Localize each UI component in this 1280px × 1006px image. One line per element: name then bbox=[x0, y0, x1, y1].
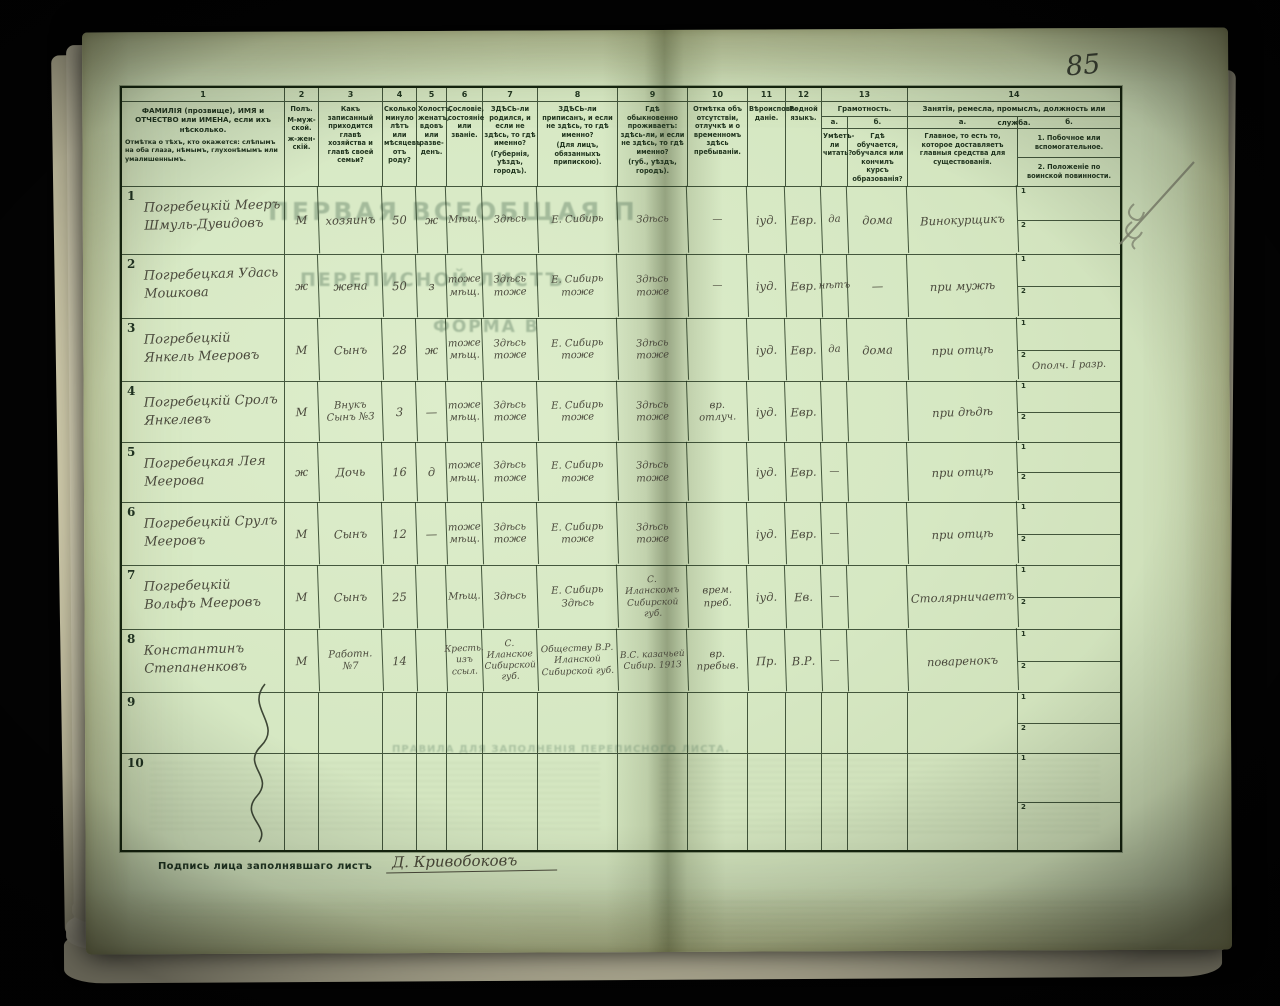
cell-estate: тоже мѣщ. bbox=[446, 502, 484, 565]
col-number: 12 bbox=[786, 88, 822, 101]
printed-subnumber: 1 bbox=[1021, 443, 1026, 451]
cell-name: 5Погребецкая Лея Меерова bbox=[122, 443, 285, 502]
photo-of-census-book: ПЕРВАЯ ВСЕОБЩАЯ П ПЕРЕПИСНОЙ ЛИСТЪ ФОРМА… bbox=[0, 0, 1280, 1006]
cell-estate bbox=[447, 693, 483, 753]
header-age-column: Сколько минуло лѣтъ или мѣсяцевъ отъ род… bbox=[383, 102, 417, 186]
printed-subnumber: 2 bbox=[1021, 221, 1026, 229]
cell-age: 16 bbox=[382, 442, 418, 502]
sub-cell-side: 1 bbox=[1018, 319, 1120, 350]
header-literacy-group: Грамотность. а. б. Умѣетъ-ли читать? Гдѣ… bbox=[822, 102, 908, 186]
row-number: 7 bbox=[127, 568, 135, 582]
cell-literacy-read: — bbox=[821, 630, 849, 693]
cell-relation: Внукъ Сынъ №3 bbox=[318, 381, 384, 443]
printed-subnumber: 1 bbox=[1021, 693, 1026, 701]
cell-absence bbox=[688, 754, 748, 850]
handwritten-military: Ополч. I разр. bbox=[1032, 359, 1106, 373]
cell-sex: ж bbox=[284, 254, 320, 318]
cell-registration: Е. Сибирь Здѣсь bbox=[537, 565, 619, 631]
sub-cell-military: 2 bbox=[1018, 220, 1120, 254]
cell-marital: — bbox=[416, 502, 448, 565]
cell-estate: Мѣщ. bbox=[446, 565, 484, 629]
printed-subnumber: 1 bbox=[1021, 566, 1026, 574]
cancellation-squiggle bbox=[205, 680, 335, 845]
cell-residence: Здѣсь тоже bbox=[617, 381, 689, 443]
cell-registration: Обществу В.Р. Иланской Сибирской губ. bbox=[537, 629, 619, 694]
row-number: 8 bbox=[127, 632, 135, 646]
cell-literacy-read: — bbox=[821, 566, 849, 630]
sub-cell-side: 1 bbox=[1018, 443, 1120, 472]
cell-language: Ев. bbox=[785, 565, 823, 629]
cell-literacy-read: — bbox=[821, 503, 849, 566]
header-military-status: 2. Положеніе по воинской повинности. bbox=[1018, 158, 1120, 186]
handwritten-name: Погребецкій Мееръ Шмуль-Дувидовъ bbox=[144, 196, 282, 235]
col-number: 3 bbox=[319, 88, 383, 101]
cell-marital bbox=[417, 754, 447, 850]
header-sex-female: ж-жен-скій. bbox=[286, 135, 317, 152]
table-row: 3Погребецкій Янкель Мееровъ М Сынъ 28 ж … bbox=[122, 318, 1120, 381]
cell-literacy-where bbox=[847, 565, 909, 630]
cell-language: Евр. bbox=[785, 442, 823, 502]
cell-side-occupation-group: 1 2 bbox=[1018, 566, 1120, 629]
cell-language: Евр. bbox=[785, 186, 823, 254]
cell-birthplace: С. Иланское Сибирской губ. bbox=[482, 629, 539, 693]
printed-subnumber: 2 bbox=[1021, 351, 1026, 359]
row-number: 1 bbox=[127, 189, 135, 203]
cell-literacy-where bbox=[848, 693, 908, 753]
cell-residence: Здѣсь тоже bbox=[617, 442, 689, 503]
cell-side-occupation-group: 1 2 bbox=[1018, 503, 1120, 565]
header-language-column: Родной языкъ. bbox=[786, 102, 822, 186]
col-number: 5 bbox=[417, 88, 447, 101]
cell-marital: з bbox=[416, 254, 448, 318]
cell-religion bbox=[748, 754, 786, 850]
cell-language: В.Р. bbox=[785, 629, 823, 692]
sub-cell-side: 1 bbox=[1018, 503, 1120, 534]
header-absence-column: Отмѣтка объ отсутствіи, отлучкѣ и о врем… bbox=[688, 102, 748, 186]
header-birthplace-column: ЗДѢСЬ-ли родился, и если не здѣсь, то гд… bbox=[483, 102, 538, 186]
sub-cell-side: 1 bbox=[1018, 382, 1120, 412]
cell-birthplace: Здѣсь тоже bbox=[482, 442, 539, 503]
cell-religion: іуд. bbox=[747, 318, 787, 381]
col-number: 7 bbox=[483, 88, 538, 101]
cell-registration bbox=[538, 754, 618, 850]
cell-literacy-read bbox=[822, 693, 848, 753]
col-number: 13 bbox=[822, 88, 908, 101]
cell-relation: жена bbox=[318, 254, 384, 319]
sub-cell-side: 1 bbox=[1018, 693, 1120, 723]
cell-language bbox=[786, 693, 822, 753]
sub-cell-side: 1 bbox=[1018, 255, 1120, 286]
enumerator-signature: Д. Кривобоковъ bbox=[386, 851, 558, 874]
header-occupation-side-group: 1. Побочное или вспомогательное. 2. Поло… bbox=[1018, 129, 1120, 186]
printed-subnumber: 2 bbox=[1021, 473, 1026, 481]
header-occupation-title: Занятія, ремесла, промыслъ, должность ил… bbox=[908, 102, 1120, 117]
sub-cell-military: 2 bbox=[1018, 597, 1120, 629]
cell-estate: тоже мѣщ. bbox=[446, 254, 484, 318]
handwritten-name: Погребецкій Сролъ Янкелевъ bbox=[144, 391, 282, 430]
cell-literacy-where: дома bbox=[847, 186, 909, 255]
cell-residence bbox=[618, 754, 688, 850]
column-number-row: 1 2 3 4 5 6 7 8 9 10 11 12 13 14 bbox=[122, 88, 1120, 101]
sub-cell-military: 2 bbox=[1018, 286, 1120, 318]
page-number: 85 bbox=[1065, 49, 1102, 83]
table-row: 4Погребецкій Сролъ Янкелевъ М Внукъ Сынъ… bbox=[122, 381, 1120, 442]
cell-language: Евр. bbox=[785, 502, 823, 565]
col-number: 8 bbox=[538, 88, 618, 101]
cell-literacy-where bbox=[847, 502, 909, 566]
bleedthrough-text-block bbox=[150, 900, 580, 918]
header-name-line2: Отмѣтка о тѣхъ, кто окажется: слѣпымъ на… bbox=[125, 138, 281, 163]
cell-absence: — bbox=[687, 254, 749, 319]
cell-religion bbox=[748, 693, 786, 753]
cell-literacy-where: — bbox=[847, 254, 909, 319]
cell-name: 7Погребецкій Вольфъ Мееровъ bbox=[122, 566, 285, 629]
printed-subnumber: 2 bbox=[1021, 803, 1026, 811]
cell-age: 50 bbox=[382, 254, 418, 318]
header-residence-note: (губ., уѣздъ, городъ). bbox=[619, 158, 686, 175]
header-occupation-side: 1. Побочное или вспомогательное. bbox=[1018, 129, 1120, 158]
header-occupation-main: Главное, то есть то, которое доставляетъ… bbox=[908, 129, 1018, 186]
cell-marital: ж bbox=[416, 186, 448, 254]
table-row: 7Погребецкій Вольфъ Мееровъ М Сынъ 25 Мѣ… bbox=[122, 565, 1120, 629]
cell-sex: М bbox=[284, 565, 320, 629]
cell-language bbox=[786, 754, 822, 850]
cell-side-occupation-group: 1 2 bbox=[1018, 630, 1120, 692]
sub-cell-military: 2 bbox=[1018, 472, 1120, 502]
cell-side-occupation-group: 1 2 bbox=[1018, 255, 1120, 318]
cell-birthplace bbox=[483, 693, 538, 753]
signature-block: Подпись лица заполнявшаго листъ Д. Криво… bbox=[158, 852, 557, 872]
cell-language: Евр. bbox=[785, 254, 823, 318]
cell-name: 2Погребецкая Удась Мошкова bbox=[122, 255, 285, 318]
handwritten-name: Погребецкій Вольфъ Мееровъ bbox=[144, 575, 282, 614]
cell-absence: — bbox=[687, 186, 749, 255]
cell-registration: Е. Сибирь тоже bbox=[537, 318, 619, 383]
cell-marital bbox=[416, 629, 448, 692]
sub-cell-side: 1 bbox=[1018, 566, 1120, 597]
cell-birthplace: Здѣсь тоже bbox=[482, 381, 539, 443]
table-header-row: ФАМИЛІЯ (прозвище), ИМЯ и ОТЧЕСТВО или И… bbox=[122, 101, 1120, 186]
header-occupation-group: Занятія, ремесла, промыслъ, должность ил… bbox=[908, 102, 1120, 186]
printed-subnumber: 1 bbox=[1021, 382, 1026, 390]
cell-side-occupation-group: 1 2 bbox=[1018, 754, 1120, 850]
cell-absence bbox=[687, 442, 749, 503]
sub-cell-military: 2 bbox=[1018, 723, 1120, 754]
handwritten-name: Константинъ Степаненковъ bbox=[144, 639, 282, 678]
bleedthrough-text-block bbox=[660, 900, 1140, 945]
header-literacy-title: Грамотность. bbox=[822, 102, 907, 117]
col-number: 1 bbox=[122, 88, 285, 101]
cell-registration: Е. Сибирь тоже bbox=[537, 254, 619, 320]
cell-sex: М bbox=[284, 318, 320, 381]
cell-birthplace: Здѣсь тоже bbox=[482, 318, 539, 382]
cell-occupation bbox=[908, 754, 1018, 850]
handwritten-name: Погребецкая Удась Мошкова bbox=[144, 264, 282, 303]
cell-side-occupation-group: 1 2 bbox=[1018, 187, 1120, 254]
cell-literacy-read: да bbox=[821, 187, 849, 255]
cell-literacy-read bbox=[822, 754, 848, 850]
cell-estate: Мѣщ. bbox=[446, 186, 484, 254]
sub-cell-military: 2 bbox=[1018, 534, 1120, 566]
printed-subnumber: 1 bbox=[1021, 630, 1026, 638]
cell-age: 25 bbox=[382, 565, 418, 629]
sub-cell-military: 2 bbox=[1018, 661, 1120, 693]
cell-occupation: при отцѣ bbox=[907, 501, 1019, 567]
table-row: 2Погребецкая Удась Мошкова ж жена 50 з т… bbox=[122, 254, 1120, 318]
header-registration-note: (Для лицъ, обязанныхъ припискою). bbox=[539, 141, 616, 167]
cell-residence bbox=[618, 693, 688, 753]
cell-marital bbox=[417, 693, 447, 753]
sub-cell-side: 1 bbox=[1018, 754, 1120, 802]
header-sublabel-a: а. bbox=[908, 117, 1018, 128]
header-literacy-sublabels: а. б. bbox=[822, 117, 907, 129]
header-sex-title: Полъ. bbox=[290, 105, 312, 113]
header-sex-male: М-муж-ской. bbox=[286, 116, 317, 133]
cell-religion: іуд. bbox=[747, 254, 787, 318]
col-number: 14 bbox=[908, 88, 1120, 101]
table-row: 5Погребецкая Лея Меерова ж Дочь 16 д тож… bbox=[122, 442, 1120, 502]
cell-religion: іуд. bbox=[747, 502, 787, 565]
cell-literacy-where: дома bbox=[847, 318, 909, 382]
signature-label: Подпись лица заполнявшаго листъ bbox=[158, 861, 372, 872]
header-residence-title: Гдѣ обыкновенно проживаетъ: здѣсь-ли, и … bbox=[621, 105, 685, 156]
header-name-column: ФАМИЛІЯ (прозвище), ИМЯ и ОТЧЕСТВО или И… bbox=[122, 102, 285, 186]
header-sublabel-b: б. bbox=[848, 117, 907, 128]
cell-side-occupation-group: 1 2Ополч. I разр. bbox=[1018, 319, 1120, 381]
cell-literacy-read bbox=[821, 382, 849, 443]
sub-cell-side: 1 bbox=[1018, 630, 1120, 661]
cell-estate: тоже мѣщ. bbox=[446, 442, 484, 502]
cell-registration: Е. Сибирь тоже bbox=[537, 381, 619, 444]
cell-name: 4Погребецкій Сролъ Янкелевъ bbox=[122, 382, 285, 442]
cell-absence: вр. пребыв. bbox=[687, 629, 749, 693]
cell-residence: С. Иланскомъ Сибирской губ. bbox=[617, 565, 689, 630]
header-registration-column: ЗДѢСЬ-ли приписанъ, и если не здѣсь, то … bbox=[538, 102, 618, 186]
cell-religion: іуд. bbox=[747, 381, 787, 442]
cell-absence bbox=[687, 502, 749, 566]
col-number: 2 bbox=[285, 88, 319, 101]
row-number: 5 bbox=[127, 445, 135, 459]
cell-side-occupation-group: 1 2 bbox=[1018, 382, 1120, 442]
cell-occupation: Столярничаетъ bbox=[907, 564, 1019, 631]
sub-cell-military: 2 bbox=[1018, 802, 1120, 851]
cell-name: 3Погребецкій Янкель Мееровъ bbox=[122, 319, 285, 381]
cell-religion: іуд. bbox=[747, 186, 787, 254]
cell-absence: вр. отлуч. bbox=[687, 381, 749, 443]
cell-literacy-read: нѣтъ bbox=[821, 255, 849, 319]
cell-marital: д bbox=[416, 442, 448, 502]
cell-occupation bbox=[908, 693, 1018, 753]
cell-registration: Е. Сибирь тоже bbox=[537, 442, 619, 504]
header-registration-title: ЗДѢСЬ-ли приписанъ, и если не здѣсь, то … bbox=[542, 105, 613, 139]
printed-subnumber: 1 bbox=[1021, 255, 1026, 263]
cell-relation: Сынъ bbox=[318, 502, 384, 566]
header-marital-column: Холостъ, женатъ, вдовъ или разве-денъ. bbox=[417, 102, 447, 186]
printed-subnumber: 1 bbox=[1021, 319, 1026, 327]
cell-estate: Кресть. изъ ссыл. bbox=[446, 629, 484, 692]
cell-occupation: Винокурщикъ bbox=[907, 185, 1019, 256]
cell-marital bbox=[416, 565, 448, 629]
cell-residence: Здѣсь bbox=[617, 186, 689, 255]
row-number: 6 bbox=[127, 505, 135, 519]
row-number: 10 bbox=[127, 756, 144, 770]
cell-registration: Е. Сибирь bbox=[537, 186, 619, 256]
sub-cell-military: 2Ополч. I разр. bbox=[1018, 350, 1120, 382]
cell-estate: тоже мѣщ. bbox=[446, 381, 484, 442]
sub-cell-side: 1 bbox=[1018, 187, 1120, 220]
handwritten-name: Погребецкій Янкель Мееровъ bbox=[144, 328, 282, 367]
header-residence-column: Гдѣ обыкновенно проживаетъ: здѣсь-ли, и … bbox=[618, 102, 688, 186]
printed-subnumber: 2 bbox=[1021, 535, 1026, 543]
cell-estate bbox=[447, 754, 483, 850]
cell-age: 50 bbox=[382, 186, 418, 254]
header-sublabel-b: б. bbox=[1018, 117, 1120, 128]
header-occupation-sublabels: а. б. bbox=[908, 117, 1120, 129]
cell-age: 28 bbox=[382, 318, 418, 381]
cell-literacy-where bbox=[847, 442, 909, 503]
cell-literacy-read: — bbox=[821, 443, 849, 503]
cell-age bbox=[383, 693, 417, 753]
cell-literacy-where bbox=[847, 629, 909, 693]
cell-relation: Сынъ bbox=[318, 565, 384, 630]
pencil-check-mark bbox=[1112, 148, 1207, 253]
cell-absence: врем. преб. bbox=[687, 565, 749, 630]
cell-occupation: при отцѣ bbox=[907, 441, 1019, 504]
printed-subnumber: 2 bbox=[1021, 598, 1026, 606]
cell-language: Евр. bbox=[785, 318, 823, 381]
table-row: 6Погребецкій Срулъ Мееровъ М Сынъ 12 — т… bbox=[122, 502, 1120, 565]
printed-subnumber: 1 bbox=[1021, 503, 1026, 511]
cell-residence: Здѣсь тоже bbox=[617, 502, 689, 566]
cell-relation: хозяинъ bbox=[318, 186, 384, 255]
printed-subnumber: 2 bbox=[1021, 287, 1026, 295]
cell-birthplace: Здѣсь bbox=[482, 186, 539, 255]
row-number: 9 bbox=[127, 695, 135, 709]
header-literacy-where: Гдѣ обучается, обучался или кончилъ курс… bbox=[848, 129, 907, 186]
header-sublabel-a: а. bbox=[822, 117, 848, 128]
cell-name: 1Погребецкій Мееръ Шмуль-Дувидовъ bbox=[122, 187, 285, 254]
cell-birthplace bbox=[483, 754, 538, 850]
cell-religion: Пр. bbox=[747, 629, 787, 692]
header-relation-column: Какъ записанный приходится главѣ хозяйст… bbox=[319, 102, 383, 186]
col-number: 10 bbox=[688, 88, 748, 101]
cell-religion: іуд. bbox=[747, 565, 787, 629]
handwritten-name: Погребецкій Срулъ Мееровъ bbox=[144, 512, 282, 551]
cell-marital: — bbox=[416, 381, 448, 442]
col-number: 9 bbox=[618, 88, 688, 101]
cell-occupation: при дѣдѣ bbox=[907, 380, 1019, 444]
cell-literacy-where bbox=[848, 754, 908, 850]
col-number: 4 bbox=[383, 88, 417, 101]
printed-subnumber: 2 bbox=[1021, 662, 1026, 670]
cell-absence bbox=[687, 318, 749, 382]
cell-side-occupation-group: 1 2 bbox=[1018, 693, 1120, 753]
cell-residence: Здѣсь тоже bbox=[617, 318, 689, 382]
cell-birthplace: Здѣсь тоже bbox=[482, 502, 539, 566]
header-sex-column: Полъ. М-муж-ской. ж-жен-скій. bbox=[285, 102, 319, 186]
row-number: 3 bbox=[127, 321, 135, 335]
cell-relation: Дочь bbox=[318, 442, 384, 503]
printed-subnumber: 1 bbox=[1021, 754, 1026, 762]
col-number: 6 bbox=[447, 88, 483, 101]
header-birthplace-note: (Губернія, уѣздъ, городъ). bbox=[484, 150, 536, 176]
cell-occupation: при мужѣ bbox=[907, 253, 1019, 320]
row-number: 4 bbox=[127, 384, 135, 398]
header-estate-column: Сословіе, состояніе или званіе. bbox=[447, 102, 483, 186]
cell-residence: В.С. казачьей Сибир. 1913 bbox=[617, 629, 689, 693]
cell-literacy-where bbox=[847, 381, 909, 443]
header-birthplace-title: ЗДѢСЬ-ли родился, и если не здѣсь, то гд… bbox=[484, 105, 535, 147]
cell-age bbox=[383, 754, 417, 850]
cell-age: 14 bbox=[382, 629, 418, 692]
cell-registration bbox=[538, 693, 618, 753]
cell-relation: Сынъ bbox=[318, 318, 384, 382]
printed-subnumber: 2 bbox=[1021, 413, 1026, 421]
table-row: 1Погребецкій Мееръ Шмуль-Дувидовъ М хозя… bbox=[122, 186, 1120, 254]
printed-subnumber: 2 bbox=[1021, 724, 1026, 732]
cell-birthplace: Здѣсь тоже bbox=[482, 254, 539, 319]
cell-side-occupation-group: 1 2 bbox=[1018, 443, 1120, 502]
cell-religion: іуд. bbox=[747, 442, 787, 502]
header-religion-column: Вѣроисповѣ-даніе. bbox=[748, 102, 786, 186]
cell-sex: ж bbox=[284, 442, 320, 502]
row-number: 2 bbox=[127, 257, 135, 271]
cell-residence: Здѣсь тоже bbox=[617, 254, 689, 319]
header-literacy-read: Умѣетъ-ли читать? bbox=[822, 129, 848, 186]
cell-age: 12 bbox=[382, 502, 418, 565]
cell-sex: М bbox=[284, 502, 320, 565]
cell-literacy-read: да bbox=[821, 319, 849, 382]
cell-language: Евр. bbox=[785, 381, 823, 442]
cell-occupation: при отцѣ bbox=[907, 317, 1019, 383]
cell-birthplace: Здѣсь bbox=[482, 565, 539, 630]
cell-estate: тоже мѣщ. bbox=[446, 318, 484, 381]
cell-age: 3 bbox=[382, 381, 418, 442]
handwritten-name: Погребецкая Лея Меерова bbox=[144, 452, 282, 491]
cell-marital: ж bbox=[416, 318, 448, 381]
cell-absence bbox=[688, 693, 748, 753]
printed-subnumber: 1 bbox=[1021, 187, 1026, 195]
cell-registration: Е. Сибирь тоже bbox=[537, 502, 619, 567]
cell-name: 6Погребецкій Срулъ Мееровъ bbox=[122, 503, 285, 565]
cell-sex: М bbox=[284, 186, 320, 254]
cell-sex: М bbox=[284, 381, 320, 442]
header-name-line1: ФАМИЛІЯ (прозвище), ИМЯ и ОТЧЕСТВО или И… bbox=[135, 106, 271, 134]
cell-occupation: поваренокъ bbox=[907, 628, 1019, 694]
sub-cell-military: 2 bbox=[1018, 412, 1120, 443]
col-number: 11 bbox=[748, 88, 786, 101]
